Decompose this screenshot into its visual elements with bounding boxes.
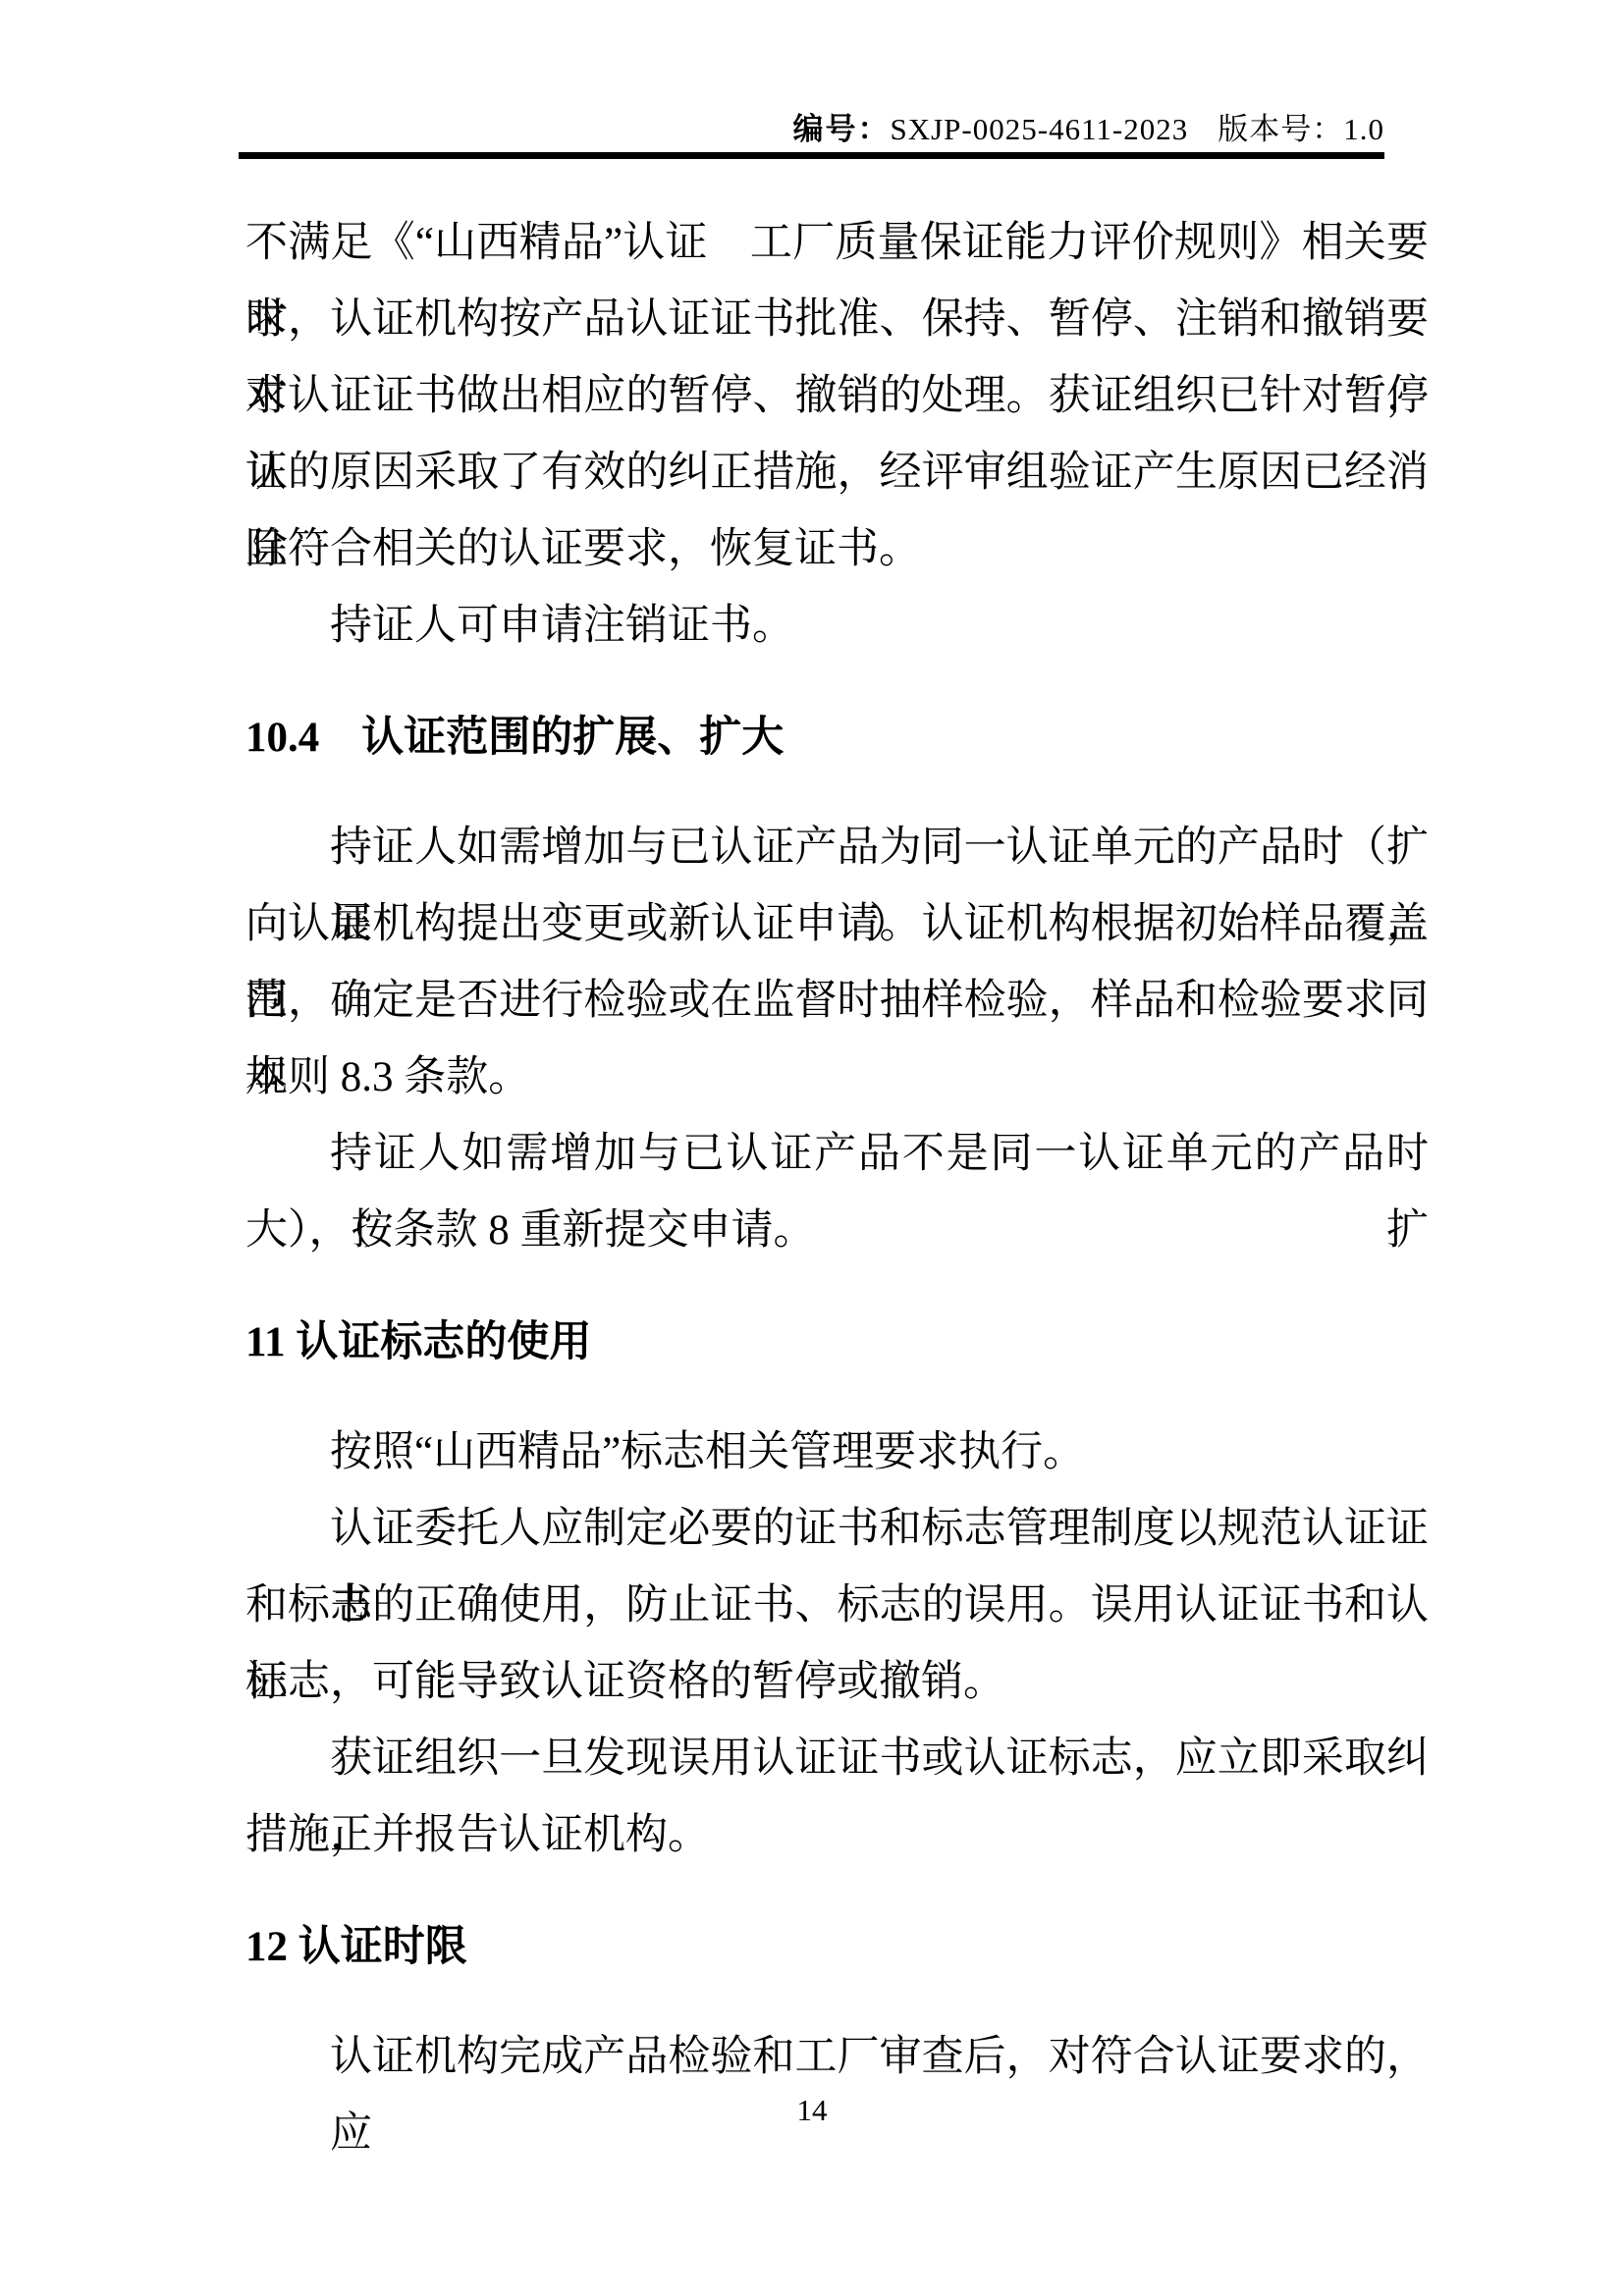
- text-line: 和标志的正确使用，防止证书、标志的误用。误用认证证书和认证: [245, 1568, 1429, 1644]
- version-label: 版本号：: [1218, 112, 1343, 146]
- page-header: 编号：SXJP-0025-4611-2023版本号：1.0: [239, 110, 1384, 149]
- text-line: 措施，并报告认证机构。: [245, 1797, 1429, 1874]
- text-line: 认证委托人应制定必要的证书和标志管理制度以规范认证证书: [245, 1491, 1429, 1568]
- para-mark-misuse: 认证委托人应制定必要的证书和标志管理制度以规范认证证书和标志的正确使用，防止证书…: [245, 1491, 1429, 1721]
- text-line: 按照“山西精品”标志相关管理要求执行。: [245, 1415, 1429, 1491]
- doc-number-value: SXJP-0025-4611-2023: [890, 112, 1188, 146]
- para-time-limit: 认证机构完成产品检验和工厂审查后，对符合认证要求的，应: [245, 2019, 1429, 2096]
- para-cancel-certificate: 持证人可申请注销证书。: [245, 588, 1429, 665]
- document-page: 编号：SXJP-0025-4611-2023版本号：1.0 不满足《“山西精品”…: [0, 0, 1624, 2296]
- text-line: 获证组织一旦发现误用认证证书或认证标志，应立即采取纠正: [245, 1721, 1429, 1797]
- text-line: 持证人如需增加与已认证产品不是同一认证单元的产品时（扩: [245, 1116, 1429, 1193]
- text-line: 时，认证机构按产品认证证书批准、保持、暂停、注销和撤销要求，: [245, 282, 1429, 358]
- text-line: 规则 8.3 条款。: [245, 1040, 1429, 1116]
- page-number: 14: [797, 2093, 828, 2127]
- text-line: 向认证机构提出变更或新认证申请。认证机构根据初始样品覆盖范: [245, 886, 1429, 963]
- text-line: 不满足《“山西精品”认证 工厂质量保证能力评价规则》相关要求: [245, 205, 1429, 282]
- doc-number-label: 编号：: [792, 112, 890, 146]
- heading-11-mark-usage: 11 认证标志的使用: [245, 1305, 1429, 1381]
- document-body: 不满足《“山西精品”认证 工厂质量保证能力评价规则》相关要求时，认证机构按产品认…: [245, 205, 1429, 2096]
- text-line: 认证机构完成产品检验和工厂审查后，对符合认证要求的，应: [245, 2019, 1429, 2096]
- heading-10-4-scope-expansion: 10.4 认证范围的扩展、扩大: [245, 700, 1429, 776]
- text-line: 证的原因采取了有效的纠正措施，经评审组验证产生原因已经消除: [245, 435, 1429, 511]
- page-footer: 14: [0, 2089, 1624, 2132]
- header-rule: [239, 152, 1384, 159]
- text-line: 对认证证书做出相应的暂停、撤销的处理。获证组织已针对暂停认: [245, 358, 1429, 435]
- para-mark-management: 按照“山西精品”标志相关管理要求执行。: [245, 1415, 1429, 1491]
- para-certificate-suspension: 不满足《“山西精品”认证 工厂质量保证能力评价规则》相关要求时，认证机构按产品认…: [245, 205, 1429, 588]
- text-line: 持证人可申请注销证书。: [245, 588, 1429, 665]
- text-line: 持证人如需增加与已认证产品为同一认证单元的产品时（扩展），: [245, 810, 1429, 886]
- text-line: 围，确定是否进行检验或在监督时抽样检验，样品和检验要求同本: [245, 963, 1429, 1040]
- para-expansion-same-unit: 持证人如需增加与已认证产品为同一认证单元的产品时（扩展），向认证机构提出变更或新…: [245, 810, 1429, 1116]
- para-misuse-correction: 获证组织一旦发现误用认证证书或认证标志，应立即采取纠正措施，并报告认证机构。: [245, 1721, 1429, 1874]
- para-expansion-different-unit: 持证人如需增加与已认证产品不是同一认证单元的产品时（扩大），按条款 8 重新提交…: [245, 1116, 1429, 1269]
- heading-12-time-limit: 12 认证时限: [245, 1909, 1429, 1986]
- version-value: 1.0: [1343, 112, 1384, 146]
- text-line: 且符合相关的认证要求，恢复证书。: [245, 511, 1429, 588]
- text-line: 标志，可能导致认证资格的暂停或撤销。: [245, 1644, 1429, 1721]
